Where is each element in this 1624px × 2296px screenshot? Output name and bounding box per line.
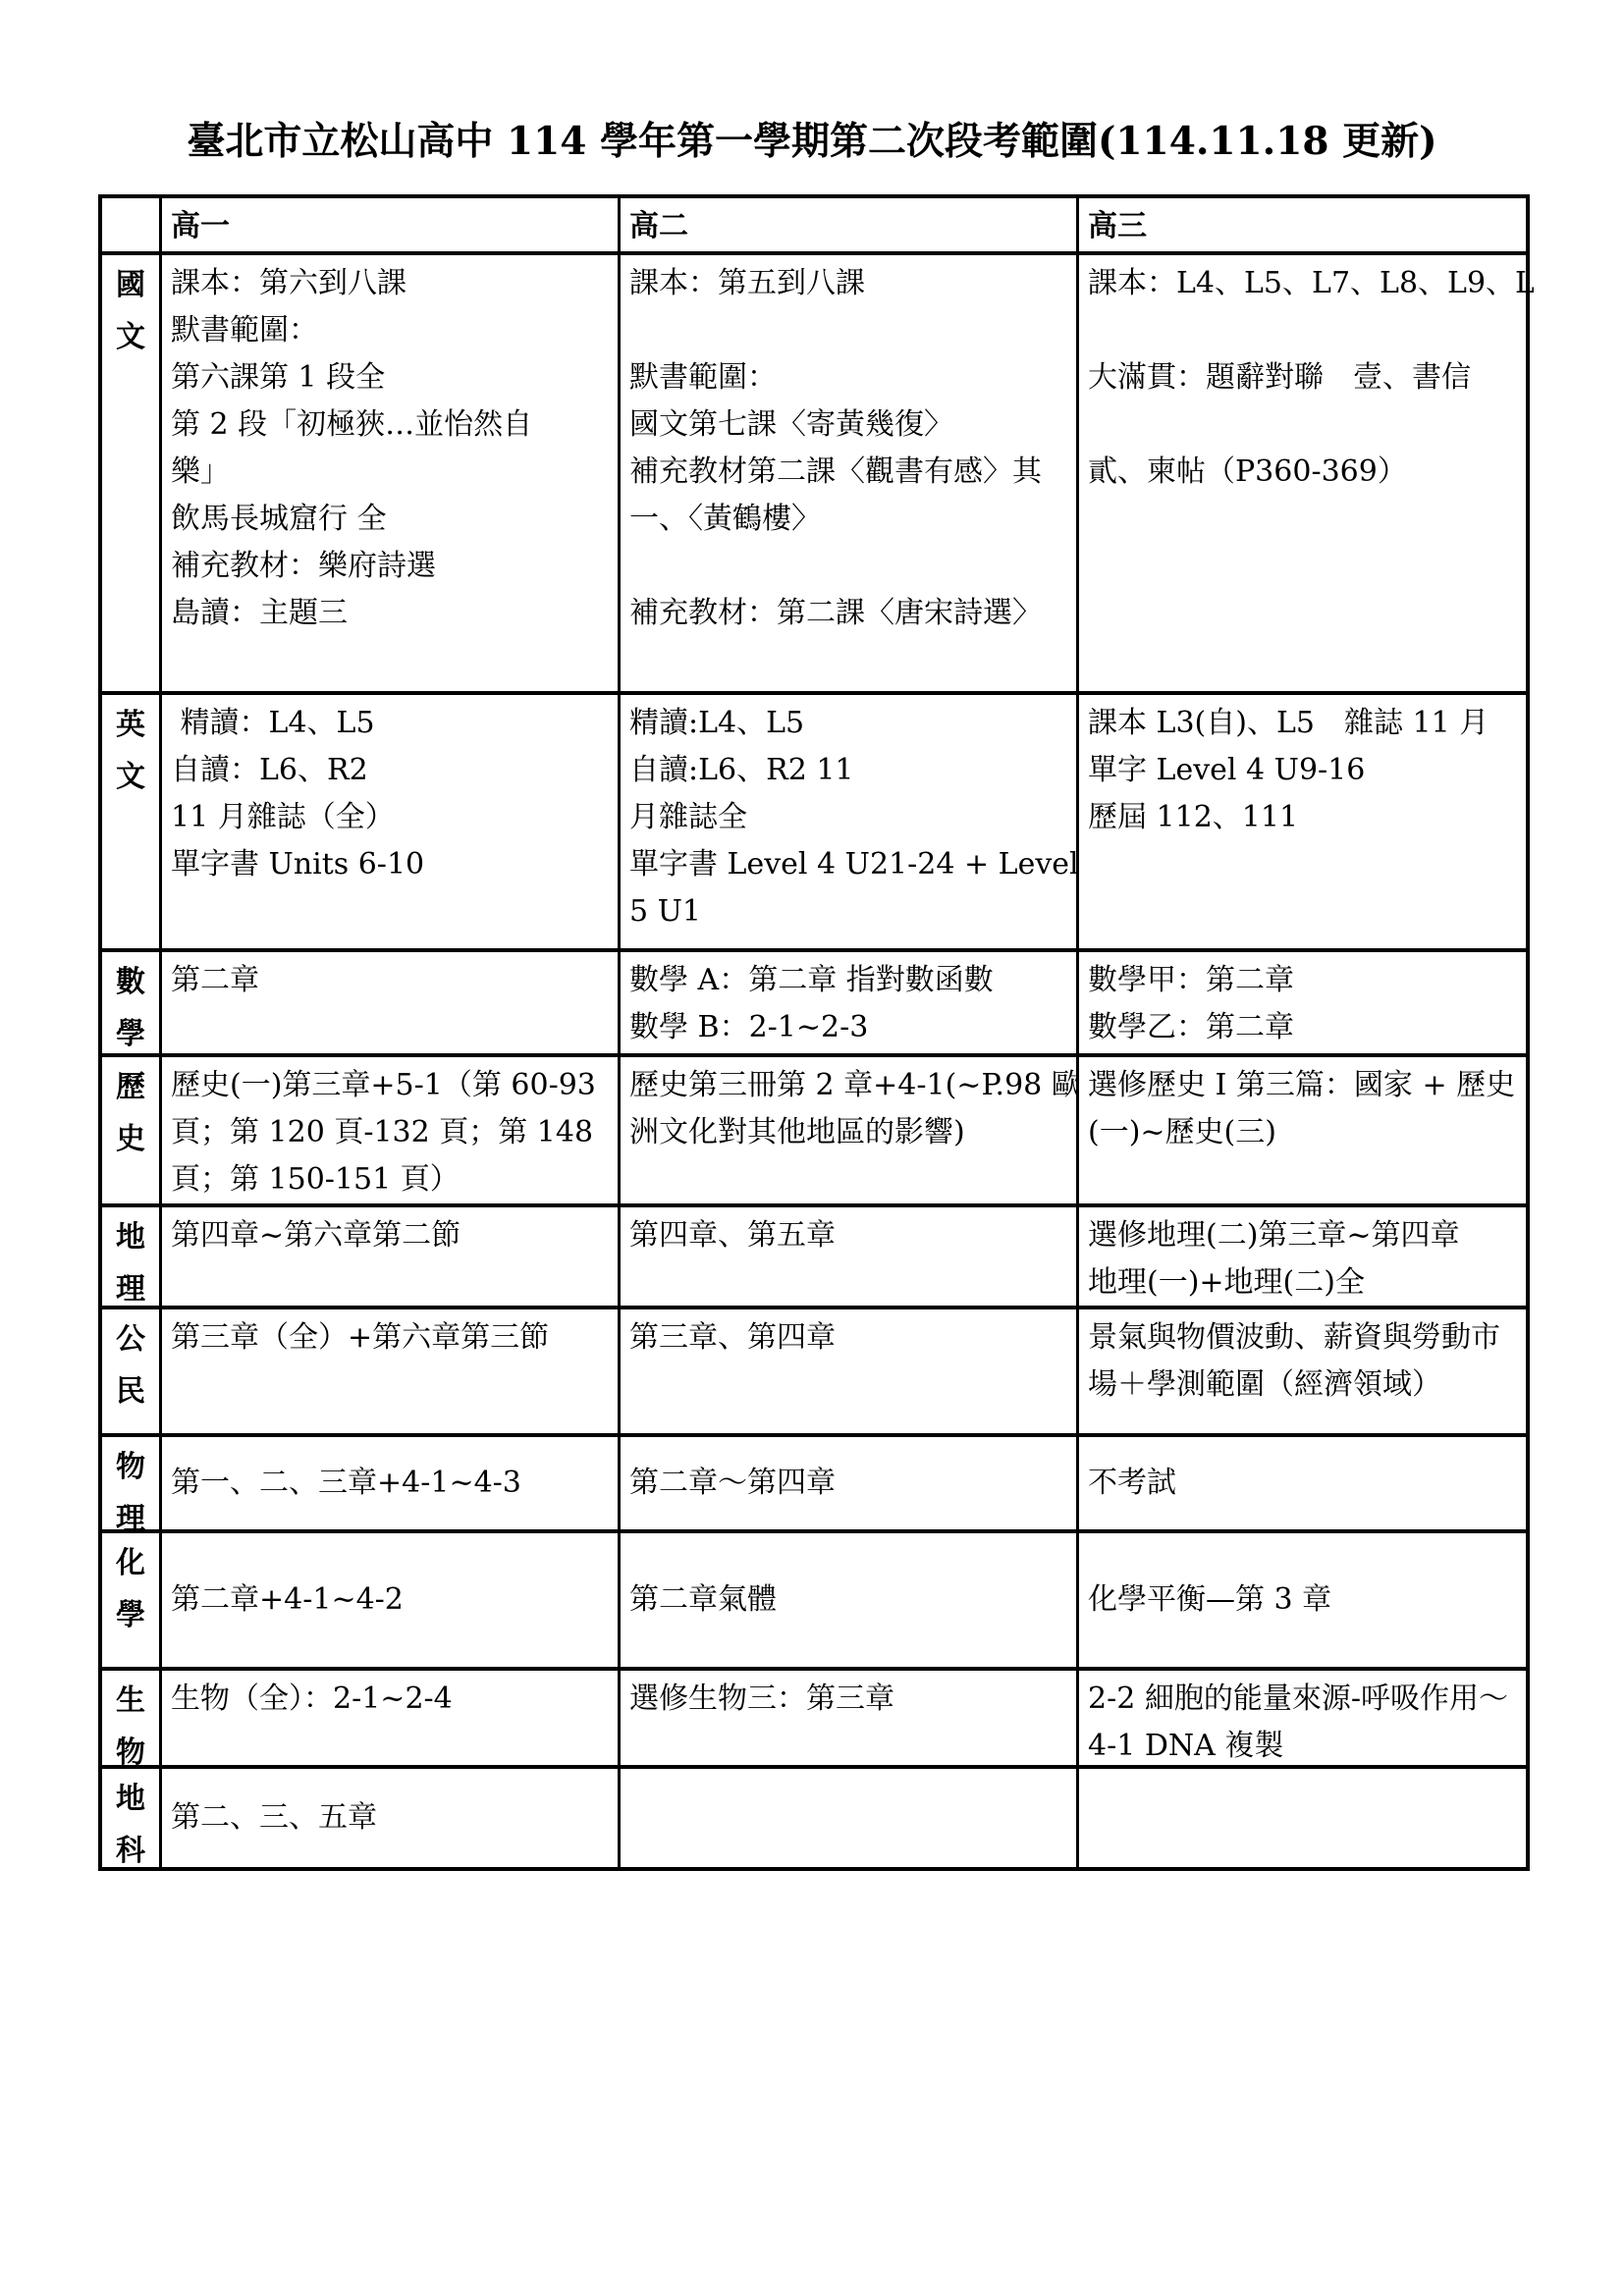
row-history: 歷史歷史(一)第三章+5-1（第 60-93頁；第 120 頁-132 頁；第 … <box>102 1057 1526 1207</box>
subject-label-char: 英 <box>102 699 159 751</box>
cell-english-grade1: 精讀：L4、L5自讀：L6、R211 月雜誌（全）單字書 Units 6-10 <box>159 695 618 948</box>
cell-line: 2-2 細胞的能量來源-呼吸作用～ <box>1088 1676 1525 1723</box>
cell-line: 頁；第 150-151 頁） <box>171 1156 609 1203</box>
cell-line: 補充教材：第二課〈唐宋詩選〉 <box>629 590 1067 637</box>
cell-line: 課本：第五到八課 <box>629 260 1067 307</box>
subject-label-char: 科 <box>102 1825 159 1867</box>
cell-line: 生物（全）：2-1~2-4 <box>171 1676 609 1723</box>
subject-label-math: 數學 <box>102 952 159 1053</box>
cell-line: 課本 L3(自)、L5 雜誌 11 月 <box>1088 700 1525 747</box>
cell-line: 自讀：L6、R2 <box>171 747 609 794</box>
subject-label-char: 學 <box>102 1008 159 1053</box>
cell-line: 貳、柬帖（P360-369） <box>1088 449 1525 496</box>
cell-line: 補充教材第二課〈觀書有感〉其 <box>629 449 1067 496</box>
cell-line: 第一、二、三章+4-1~4-3 <box>171 1460 609 1507</box>
subject-label-history: 歷史 <box>102 1057 159 1203</box>
row-english: 英文 精讀：L4、L5自讀：L6、R211 月雜誌（全）單字書 Units 6-… <box>102 695 1526 952</box>
cell-line: 歷史第三冊第 2 章+4-1(~P.98 歐 <box>629 1062 1067 1109</box>
cell-line: 洲文化對其他地區的影響) <box>629 1109 1067 1156</box>
cell-biology-grade3: 2-2 細胞的能量來源-呼吸作用～4-1 DNA 複製 <box>1076 1671 1534 1765</box>
cell-line: 第三章、第四章 <box>629 1314 1067 1362</box>
subject-label-char: 國 <box>102 259 159 311</box>
cell-line: 第六課第 1 段全 <box>171 354 609 401</box>
cell-history-grade1: 歷史(一)第三章+5-1（第 60-93頁；第 120 頁-132 頁；第 14… <box>159 1057 618 1203</box>
cell-chinese-grade2: 課本：第五到八課默書範圍：國文第七課〈寄黃幾復〉補充教材第二課〈觀書有感〉其一、… <box>618 255 1076 691</box>
cell-line <box>629 307 1067 354</box>
cell-line: 單字書 Units 6-10 <box>171 841 609 888</box>
cell-physics-grade1: 第一、二、三章+4-1~4-3 <box>159 1437 618 1529</box>
cell-math-grade2: 數學 A：第二章 指對數函數數學 B：2-1~2-3 <box>618 952 1076 1053</box>
header-row: 高一高二高三 <box>102 198 1526 255</box>
cell-civics-grade1: 第三章（全）+第六章第三節 <box>159 1309 618 1433</box>
cell-line <box>1088 307 1525 354</box>
cell-line: 飲馬長城窟行 全 <box>171 496 609 543</box>
cell-line: 課本：第六到八課 <box>171 260 609 307</box>
cell-line: 選修歷史 I 第三篇：國家 + 歷史 <box>1088 1062 1525 1109</box>
subject-label-english: 英文 <box>102 695 159 948</box>
cell-line <box>1088 401 1525 449</box>
cell-geography-grade3: 選修地理(二)第三章~第四章地理(一)+地理(二)全 <box>1076 1207 1534 1306</box>
cell-biology-grade2: 選修生物三：第三章 <box>618 1671 1076 1765</box>
cell-history-grade3: 選修歷史 I 第三篇：國家 + 歷史(一)~歷史(三) <box>1076 1057 1534 1203</box>
cell-line: 選修地理(二)第三章~第四章 <box>1088 1212 1525 1259</box>
subject-label-char: 生 <box>102 1675 159 1727</box>
cell-earth-science-grade2 <box>618 1769 1076 1867</box>
header-cell-grade2: 高二 <box>618 198 1076 251</box>
cell-line: 精讀：L4、L5 <box>171 700 609 747</box>
cell-line: 第三章（全）+第六章第三節 <box>171 1314 609 1362</box>
subject-label-chemistry: 化學 <box>102 1533 159 1667</box>
cell-line: 第二章+4-1~4-2 <box>171 1576 609 1624</box>
row-math: 數學第二章數學 A：第二章 指對數函數數學 B：2-1~2-3數學甲：第二章數學… <box>102 952 1526 1057</box>
row-chemistry: 化學第二章+4-1~4-2第二章氣體化學平衡—第 3 章 <box>102 1533 1526 1671</box>
subject-label-char: 文 <box>102 751 159 803</box>
row-physics: 物理第一、二、三章+4-1~4-3第二章～第四章不考試 <box>102 1437 1526 1533</box>
cell-line: 第四章、第五章 <box>629 1212 1067 1259</box>
cell-line: 精讀:L4、L5 <box>629 700 1067 747</box>
header-cell-subject <box>102 198 159 251</box>
cell-line: 第二、三、五章 <box>171 1794 609 1842</box>
cell-earth-science-grade3 <box>1076 1769 1534 1867</box>
cell-line: 課本：L4、L5、L7、L8、L9、L10 <box>1088 260 1525 307</box>
cell-line: 月雜誌全 <box>629 794 1067 841</box>
cell-line: 歷屆 112、111 <box>1088 794 1525 841</box>
cell-line: 第四章~第六章第二節 <box>171 1212 609 1259</box>
cell-chemistry-grade1: 第二章+4-1~4-2 <box>159 1533 618 1667</box>
cell-line: 單字 Level 4 U9-16 <box>1088 747 1525 794</box>
cell-physics-grade2: 第二章～第四章 <box>618 1437 1076 1529</box>
cell-biology-grade1: 生物（全）：2-1~2-4 <box>159 1671 618 1765</box>
cell-line: 第二章 <box>171 957 609 1004</box>
cell-english-grade2: 精讀:L4、L5自讀:L6、R2 11月雜誌全單字書 Level 4 U21-2… <box>618 695 1076 948</box>
subject-label-civics: 公民 <box>102 1309 159 1433</box>
cell-math-grade3: 數學甲：第二章數學乙：第二章 <box>1076 952 1534 1053</box>
cell-line <box>629 543 1067 590</box>
page-title: 臺北市立松山高中 114 學年第一學期第二次段考範圍(114.11.18 更新) <box>0 114 1624 169</box>
subject-label-char: 理 <box>102 1493 159 1529</box>
subject-label-char: 公 <box>102 1313 159 1365</box>
cell-english-grade3: 課本 L3(自)、L5 雜誌 11 月單字 Level 4 U9-16歷屆 11… <box>1076 695 1534 948</box>
subject-label-char: 文 <box>102 311 159 363</box>
subject-label-char: 數 <box>102 956 159 1008</box>
subject-label-char: 物 <box>102 1441 159 1493</box>
cell-chemistry-grade2: 第二章氣體 <box>618 1533 1076 1667</box>
subject-label-char: 物 <box>102 1727 159 1765</box>
row-civics: 公民第三章（全）+第六章第三節第三章、第四章景氣與物價波動、薪資與勞動市場＋學測… <box>102 1309 1526 1437</box>
cell-line: 補充教材：樂府詩選 <box>171 543 609 590</box>
cell-chemistry-grade3: 化學平衡—第 3 章 <box>1076 1533 1534 1667</box>
cell-history-grade2: 歷史第三冊第 2 章+4-1(~P.98 歐洲文化對其他地區的影響) <box>618 1057 1076 1203</box>
cell-line: 4-1 DNA 複製 <box>1088 1723 1525 1765</box>
cell-civics-grade3: 景氣與物價波動、薪資與勞動市場＋學測範圍（經濟領域） <box>1076 1309 1534 1433</box>
cell-line: 默書範圍： <box>171 307 609 354</box>
cell-line: 5 U1 <box>629 888 1067 935</box>
cell-line: 選修生物三：第三章 <box>629 1676 1067 1723</box>
cell-geography-grade2: 第四章、第五章 <box>618 1207 1076 1306</box>
subject-label-chinese: 國文 <box>102 255 159 691</box>
subject-label-char: 史 <box>102 1113 159 1165</box>
cell-line: 自讀:L6、R2 11 <box>629 747 1067 794</box>
cell-line: 頁；第 120 頁-132 頁；第 148 <box>171 1109 609 1156</box>
cell-line: 第二章～第四章 <box>629 1460 1067 1507</box>
cell-line: 第二章氣體 <box>629 1576 1067 1624</box>
cell-earth-science-grade1: 第二、三、五章 <box>159 1769 618 1867</box>
cell-line: 化學平衡—第 3 章 <box>1088 1576 1525 1624</box>
header-cell-grade3: 高三 <box>1076 198 1534 251</box>
cell-physics-grade3: 不考試 <box>1076 1437 1534 1529</box>
cell-chinese-grade3: 課本：L4、L5、L7、L8、L9、L10大滿貫：題辭對聯 壹、書信貳、柬帖（P… <box>1076 255 1534 691</box>
cell-geography-grade1: 第四章~第六章第二節 <box>159 1207 618 1306</box>
subject-label-geography: 地理 <box>102 1207 159 1306</box>
cell-line: 一、〈黃鶴樓〉 <box>629 496 1067 543</box>
subject-label-char: 歷 <box>102 1061 159 1113</box>
row-geography: 地理第四章~第六章第二節第四章、第五章選修地理(二)第三章~第四章地理(一)+地… <box>102 1207 1526 1309</box>
subject-label-char: 學 <box>102 1589 159 1641</box>
cell-line: 場＋學測範圍（經濟領域） <box>1088 1362 1525 1409</box>
cell-line: 地理(一)+地理(二)全 <box>1088 1259 1525 1306</box>
subject-label-physics: 物理 <box>102 1437 159 1529</box>
cell-line: 數學 B：2-1~2-3 <box>629 1004 1067 1051</box>
cell-line: 歷史(一)第三章+5-1（第 60-93 <box>171 1062 609 1109</box>
header-cell-grade1: 高一 <box>159 198 618 251</box>
cell-line: 不考試 <box>1088 1460 1525 1507</box>
cell-line: 單字書 Level 4 U21-24 + Level <box>629 841 1067 888</box>
subject-label-char: 理 <box>102 1263 159 1306</box>
cell-line: 大滿貫：題辭對聯 壹、書信 <box>1088 354 1525 401</box>
row-chinese: 國文課本：第六到八課默書範圍：第六課第 1 段全第 2 段「初極狹…並怡然自樂」… <box>102 255 1526 695</box>
cell-line: 島讀：主題三 <box>171 590 609 637</box>
cell-line: (一)~歷史(三) <box>1088 1109 1525 1156</box>
cell-chinese-grade1: 課本：第六到八課默書範圍：第六課第 1 段全第 2 段「初極狹…並怡然自樂」飲馬… <box>159 255 618 691</box>
subject-label-char: 化 <box>102 1537 159 1589</box>
subject-label-earth-science: 地科 <box>102 1769 159 1867</box>
cell-line: 默書範圍： <box>629 354 1067 401</box>
subject-label-biology: 生物 <box>102 1671 159 1765</box>
cell-civics-grade2: 第三章、第四章 <box>618 1309 1076 1433</box>
cell-line: 數學 A：第二章 指對數函數 <box>629 957 1067 1004</box>
subject-label-char: 地 <box>102 1211 159 1263</box>
subject-label-char: 地 <box>102 1773 159 1825</box>
cell-line: 數學乙：第二章 <box>1088 1004 1525 1051</box>
cell-line: 11 月雜誌（全） <box>171 794 609 841</box>
row-biology: 生物生物（全）：2-1~2-4選修生物三：第三章2-2 細胞的能量來源-呼吸作用… <box>102 1671 1526 1769</box>
cell-line: 數學甲：第二章 <box>1088 957 1525 1004</box>
cell-line: 樂」 <box>171 449 609 496</box>
cell-line: 第 2 段「初極狹…並怡然自 <box>171 401 609 449</box>
cell-line: 景氣與物價波動、薪資與勞動市 <box>1088 1314 1525 1362</box>
cell-math-grade1: 第二章 <box>159 952 618 1053</box>
document-page: 臺北市立松山高中 114 學年第一學期第二次段考範圍(114.11.18 更新)… <box>0 0 1624 2296</box>
exam-range-table: 高一高二高三國文課本：第六到八課默書範圍：第六課第 1 段全第 2 段「初極狹…… <box>98 194 1530 1871</box>
cell-line: 國文第七課〈寄黃幾復〉 <box>629 401 1067 449</box>
subject-label-char: 民 <box>102 1365 159 1417</box>
row-earth-science: 地科第二、三、五章 <box>102 1769 1526 1867</box>
